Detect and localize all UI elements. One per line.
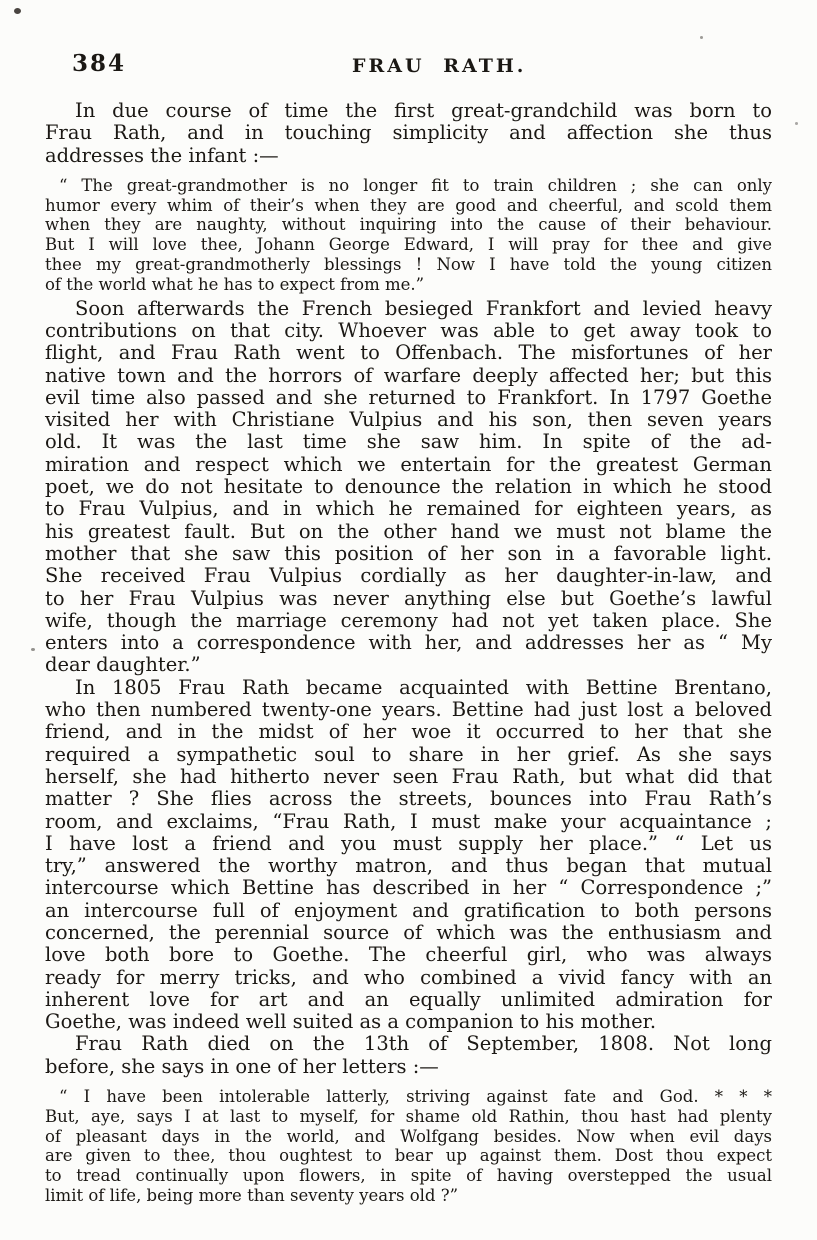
text-line: to Frau Vulpius, and in which he remaine…: [45, 498, 772, 520]
scan-speck: [14, 8, 21, 14]
text-line: I have lost a friend and you must supply…: [45, 833, 772, 855]
text-line: old. It was the last time she saw him. I…: [45, 431, 772, 453]
text-line: “ I have been intolerable latterly, stri…: [45, 1087, 772, 1107]
text-line: In due course of time the first great-gr…: [45, 100, 772, 122]
text-line: “ The great-grandmother is no longer fit…: [45, 176, 772, 196]
text-line: thee my great-grandmotherly blessings ! …: [45, 255, 772, 275]
scan-speck: [795, 122, 798, 125]
text-line: his greatest fault. But on the other han…: [45, 521, 772, 543]
text-line: concerned, the perennial source of which…: [45, 922, 772, 944]
text-line: try,” answered the worthy matron, and th…: [45, 855, 772, 877]
text-line: when they are naughty, without inquiring…: [45, 215, 772, 235]
text-line: friend, and in the midst of her woe it o…: [45, 721, 772, 743]
text-line: limit of life, being more than seventy y…: [45, 1186, 772, 1206]
text-line: contributions on that city. Whoever was …: [45, 320, 772, 342]
text-line: intercourse which Bettine has described …: [45, 877, 772, 899]
text-line: mother that she saw this position of her…: [45, 543, 772, 565]
text-line: to her Frau Vulpius was never anything e…: [45, 588, 772, 610]
frankfort-siege-paragraph: Soon afterwards the French besieged Fran…: [45, 298, 772, 677]
text-line: humor every whim of their’s when they ar…: [45, 196, 772, 216]
text-line: She received Frau Vulpius cordially as h…: [45, 565, 772, 587]
text-line: In 1805 Frau Rath became acquainted with…: [45, 677, 772, 699]
text-line: Soon afterwards the French besieged Fran…: [45, 298, 772, 320]
text-line: evil time also passed and she returned t…: [45, 387, 772, 409]
text-line: flight, and Frau Rath went to Offenbach.…: [45, 342, 772, 364]
text-line: Goethe, was indeed well suited as a comp…: [45, 1011, 772, 1033]
intro-paragraph: In due course of time the first great-gr…: [45, 100, 772, 167]
last-letter-quote: “ I have been intolerable latterly, stri…: [45, 1087, 772, 1206]
text-line: who then numbered twenty-one years. Bett…: [45, 699, 772, 721]
text-line: of the world what he has to expect from …: [45, 275, 772, 295]
text-line: Frau Rath, and in touching simplicity an…: [45, 122, 772, 144]
text-line: But, aye, says I at last to myself, for …: [45, 1107, 772, 1127]
text-line: miration and respect which we entertain …: [45, 454, 772, 476]
scan-speck: [31, 648, 35, 651]
death-paragraph: Frau Rath died on the 13th of September,…: [45, 1033, 772, 1078]
scan-speck: [700, 36, 703, 39]
text-line: enters into a correspondence with her, a…: [45, 632, 772, 654]
text-line: are given to thee, thou oughtest to bear…: [45, 1146, 772, 1166]
running-header-title: FRAU RATH.: [352, 55, 526, 77]
text-line: love both bore to Goethe. The cheerful g…: [45, 944, 772, 966]
bettine-brentano-paragraph: In 1805 Frau Rath became acquainted with…: [45, 677, 772, 1034]
page-number: 384: [72, 50, 126, 77]
text-line: ready for merry tricks, and who combined…: [45, 967, 772, 989]
text-line: room, and exclaims, “Frau Rath, I must m…: [45, 811, 772, 833]
book-page: 384 FRAU RATH. In due course of time the…: [0, 0, 817, 1240]
text-line: addresses the infant :—: [45, 145, 772, 167]
letter-to-grandchild-quote: “ The great-grandmother is no longer fit…: [45, 176, 772, 295]
text-line: dear daughter.”: [45, 654, 772, 676]
text-line: poet, we do not hesitate to denounce the…: [45, 476, 772, 498]
text-line: matter ? She flies across the streets, b…: [45, 788, 772, 810]
text-line: required a sympathetic soul to share in …: [45, 744, 772, 766]
running-head: 384 FRAU RATH.: [0, 48, 817, 82]
text-line: visited her with Christiane Vulpius and …: [45, 409, 772, 431]
text-line: an intercourse full of enjoyment and gra…: [45, 900, 772, 922]
text-line: But I will love thee, Johann George Edwa…: [45, 235, 772, 255]
text-column: In due course of time the first great-gr…: [45, 100, 772, 1209]
text-line: to tread continually upon flowers, in sp…: [45, 1166, 772, 1186]
text-line: herself, she had hitherto never seen Fra…: [45, 766, 772, 788]
text-line: inherent love for art and an equally unl…: [45, 989, 772, 1011]
text-line: of pleasant days in the world, and Wolfg…: [45, 1127, 772, 1147]
text-line: before, she says in one of her letters :…: [45, 1056, 772, 1078]
text-line: wife, though the marriage ceremony had n…: [45, 610, 772, 632]
text-line: native town and the horrors of warfare d…: [45, 365, 772, 387]
text-line: Frau Rath died on the 13th of September,…: [45, 1033, 772, 1055]
